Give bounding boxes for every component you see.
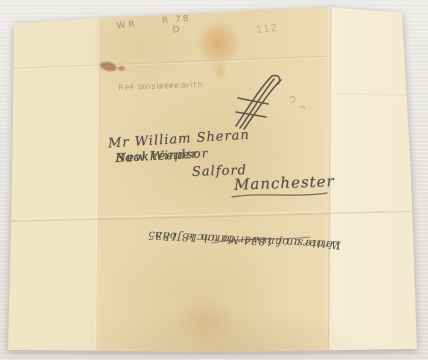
docket-upside-down-note: Wrote an answer to uncle John Letters: o…: [90, 243, 340, 256]
wax-seal-stain-tail: [214, 62, 226, 80]
vertical-fold-left: [95, 18, 101, 350]
postmark-line1: R 78 D: [156, 14, 198, 37]
letter-paper: R 78 D WR 112 Ref to sister with + answe…: [0, 0, 428, 360]
manchester-underline-flourish: [230, 190, 330, 200]
postmark-line2: WR: [116, 20, 138, 32]
folded-letter: R 78 D WR 112 Ref to sister with + answe…: [0, 0, 428, 360]
brown-ink-blot: [99, 60, 118, 73]
pencil-note-line2: + answered: [128, 80, 186, 94]
brown-ink-blot-small: [118, 66, 125, 71]
wax-seal-stain: [196, 20, 240, 66]
pencil-number-mark: 112: [255, 23, 278, 36]
bottom-seal-stain: [176, 298, 236, 344]
docket-line-date: Letters: of 1834 March 18 1835: [147, 223, 341, 256]
horizontal-fold-bottom: [6, 209, 416, 222]
horizontal-fold-top: [10, 56, 332, 70]
photo-backdrop: R 78 D WR 112 Ref to sister with + answe…: [0, 0, 428, 360]
manuscript-rate-mark-scribble: [228, 72, 318, 134]
horizontal-fold-top-right-flap: [333, 93, 411, 97]
postmark-stamp: R 78 D WR: [116, 14, 196, 21]
